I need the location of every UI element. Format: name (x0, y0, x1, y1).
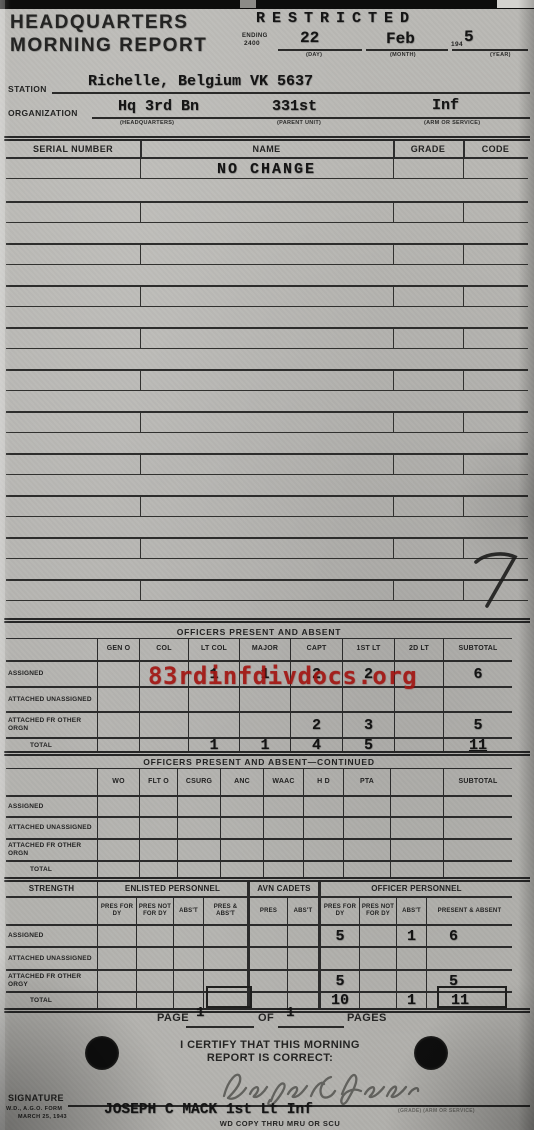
officers-col-subtotal: SUBTOTAL (443, 639, 512, 660)
roster-entry (6, 201, 528, 243)
roster-entry (6, 285, 528, 327)
roster-entry (6, 327, 528, 369)
page-label: PAGE (157, 1012, 189, 1024)
strength-row-attached-unassigned: ATTACHED UNASSIGNED (6, 946, 512, 969)
col-pta: PTA (343, 769, 390, 795)
officers-row-total: TOTAL 1 1 4 5 11 (6, 737, 512, 752)
roster-entry (6, 411, 528, 453)
organization-hq-value: Hq 3rd Bn (118, 98, 199, 115)
scan-top-strip-corner (497, 0, 534, 8)
col-csurg: CSURG (177, 769, 220, 795)
col-hd: H D (303, 769, 343, 795)
roster-header-divider (463, 141, 465, 157)
off-present-absent: PRESENT & ABSENT (426, 898, 512, 924)
roster-col-name: NAME (140, 144, 393, 154)
col-wo: WO (97, 769, 139, 795)
date-year-value: 5 (464, 28, 474, 46)
organization-label: ORGANIZATION (8, 108, 78, 118)
strength-corner-label: STRENGTH (6, 882, 97, 896)
signature-typed-name: JOSEPH C MACK 1st Lt Inf (104, 1102, 313, 1118)
roster-header-divider (393, 141, 395, 157)
group-avn-cadets: AVN CADETS (247, 882, 318, 896)
organization-parent-caption: (PARENT UNIT) (277, 120, 321, 126)
roster-col-code: CODE (463, 144, 528, 154)
col-subtotal: SUBTOTAL (443, 769, 512, 795)
roster-col-serial: SERIAL NUMBER (6, 144, 140, 154)
signature-preprint-caption: (GRADE) (ARM OR SERVICE) (398, 1108, 475, 1114)
col-anc: ANC (220, 769, 263, 795)
continued-row-attached-other: ATTACHED FR OTHER ORGN (6, 838, 512, 860)
scan-top-strip-gap (240, 0, 256, 8)
officers-continued-table: OFFICERS PRESENT AND ABSENT—CONTINUED WO… (6, 756, 512, 877)
off-pres-not-for-dy: PRES NOT FOR DY (359, 898, 396, 924)
archive-watermark: 83rdinfdivdocs.org (148, 662, 417, 690)
rule-line (6, 178, 528, 179)
roster-header-row: SERIAL NUMBER NAME GRADE CODE (6, 141, 528, 159)
officers-continued-header-row: WO FLT O CSURG ANC WAAC H D PTA SUBTOTAL (6, 769, 512, 795)
organization-line (92, 117, 530, 119)
avn-abst: ABS'T (287, 898, 318, 924)
pages-label: PAGES (347, 1012, 387, 1024)
group-enlisted-personnel: ENLISTED PERSONNEL (97, 882, 247, 896)
station-line (52, 92, 530, 94)
date-day-caption: (DAY) (306, 52, 322, 58)
date-month-caption: (MONTH) (390, 52, 416, 58)
off-abst: ABS'T (396, 898, 426, 924)
officers-col-2d-lt: 2D LT (394, 639, 443, 660)
pages-total-line (278, 1026, 344, 1028)
morning-report-scan: HEADQUARTERS MORNING REPORT RESTRICTED E… (0, 0, 534, 1130)
page-number: 1 (196, 1005, 204, 1021)
signature-label: SIGNATURE (8, 1093, 64, 1103)
scan-left-edge (0, 0, 5, 1130)
roster-entry (6, 369, 528, 411)
officers-col-1st-lt: 1ST LT (342, 639, 394, 660)
emphasis-box-officer-total (437, 986, 507, 1008)
station-label: STATION (8, 84, 47, 94)
continued-row-total: TOTAL (6, 860, 512, 877)
form-title-line1: HEADQUARTERS (10, 12, 188, 34)
strength-subheader-row: PRES FOR DY PRES NOT FOR DY ABS'T PRES &… (6, 896, 512, 924)
station-value: Richelle, Belgium VK 5637 (88, 73, 313, 90)
pages-total: 1 (286, 1005, 294, 1021)
roster-entry (6, 537, 528, 579)
page-number-line (186, 1026, 254, 1028)
roster-entry (6, 243, 528, 285)
off-pres-for-dy: PRES FOR DY (318, 898, 359, 924)
officers-continued-title: OFFICERS PRESENT AND ABSENT—CONTINUED (6, 756, 512, 769)
roster-entry (6, 495, 528, 537)
strength-group-header: STRENGTH ENLISTED PERSONNEL AVN CADETS O… (6, 882, 512, 896)
scan-top-strip (0, 0, 534, 9)
roster-col-grade: GRADE (393, 144, 463, 154)
roster-entries: NO CHANGE (6, 159, 528, 613)
avn-pres: PRES (247, 898, 287, 924)
col-flt-o: FLT O (139, 769, 177, 795)
date-month-value: Feb (386, 30, 415, 48)
date-day-line (278, 49, 362, 51)
form-id-line2: MARCH 25, 1943 (18, 1114, 67, 1120)
continued-row-attached-unassigned: ATTACHED UNASSIGNED (6, 816, 512, 838)
of-label: OF (258, 1012, 274, 1024)
date-year-line (452, 49, 528, 51)
certify-line1: I CERTIFY THAT THIS MORNING (130, 1039, 410, 1051)
officers-col-lt-col: LT COL (188, 639, 239, 660)
officers-col-col: COL (139, 639, 188, 660)
enl-pres-for-dy: PRES FOR DY (97, 898, 136, 924)
form-title-line2: MORNING REPORT (10, 35, 207, 57)
officers-col-gen-o: GEN O (97, 639, 139, 660)
col-blank (390, 769, 443, 795)
enl-pres-and-abst: PRES & ABS'T (203, 898, 247, 924)
enl-pres-not-for-dy: PRES NOT FOR DY (136, 898, 173, 924)
strength-row-assigned: ASSIGNED 51 6 (6, 924, 512, 946)
organization-arm-value: Inf (432, 97, 459, 114)
date-day-value: 22 (300, 29, 319, 47)
officers-row-attached-other: ATTACHED FR OTHER ORGN 2 3 5 (6, 711, 512, 737)
copy-routing-note: WD COPY THRU MRU OR SCU (160, 1119, 400, 1128)
officers-header-row: GEN O COL LT COL MAJOR CAPT 1ST LT 2D LT… (6, 639, 512, 660)
roster-entry: NO CHANGE (6, 159, 528, 201)
officers-col-major: MAJOR (239, 639, 290, 660)
ending-label-line2: 2400 (244, 40, 260, 47)
roster-entry (6, 579, 528, 613)
organization-hq-caption: (HEADQUARTERS) (120, 120, 174, 126)
organization-parent-value: 331st (272, 98, 317, 115)
officers-col-capt: CAPT (290, 639, 342, 660)
continued-row-assigned: ASSIGNED (6, 795, 512, 816)
officers-top-rule (4, 618, 530, 623)
date-month-line (366, 49, 448, 51)
emphasis-box-enlisted-total (206, 986, 252, 1008)
roster-header-divider (140, 141, 142, 157)
date-year-preprint: 194 (451, 41, 463, 48)
certify-line2: REPORT IS CORRECT: (130, 1052, 410, 1064)
column-tick (393, 159, 394, 178)
date-year-caption: (YEAR) (490, 52, 511, 58)
roster-entry-value: NO CHANGE (140, 161, 393, 178)
ending-label-line1: ENDING (242, 33, 268, 39)
organization-arm-caption: (ARM OR SERVICE) (424, 120, 480, 126)
group-officer-personnel: OFFICER PERSONNEL (318, 882, 512, 896)
handwritten-mark-7 (468, 548, 528, 612)
classification-stamp: RESTRICTED (256, 10, 416, 27)
officers-table-title: OFFICERS PRESENT AND ABSENT (6, 625, 512, 639)
column-tick (463, 159, 464, 178)
form-id-line1: W.D., A.G.O. FORM (6, 1106, 62, 1112)
enl-abst: ABS'T (173, 898, 203, 924)
roster-entry (6, 453, 528, 495)
col-waac: WAAC (263, 769, 303, 795)
punch-hole-left (85, 1036, 119, 1070)
